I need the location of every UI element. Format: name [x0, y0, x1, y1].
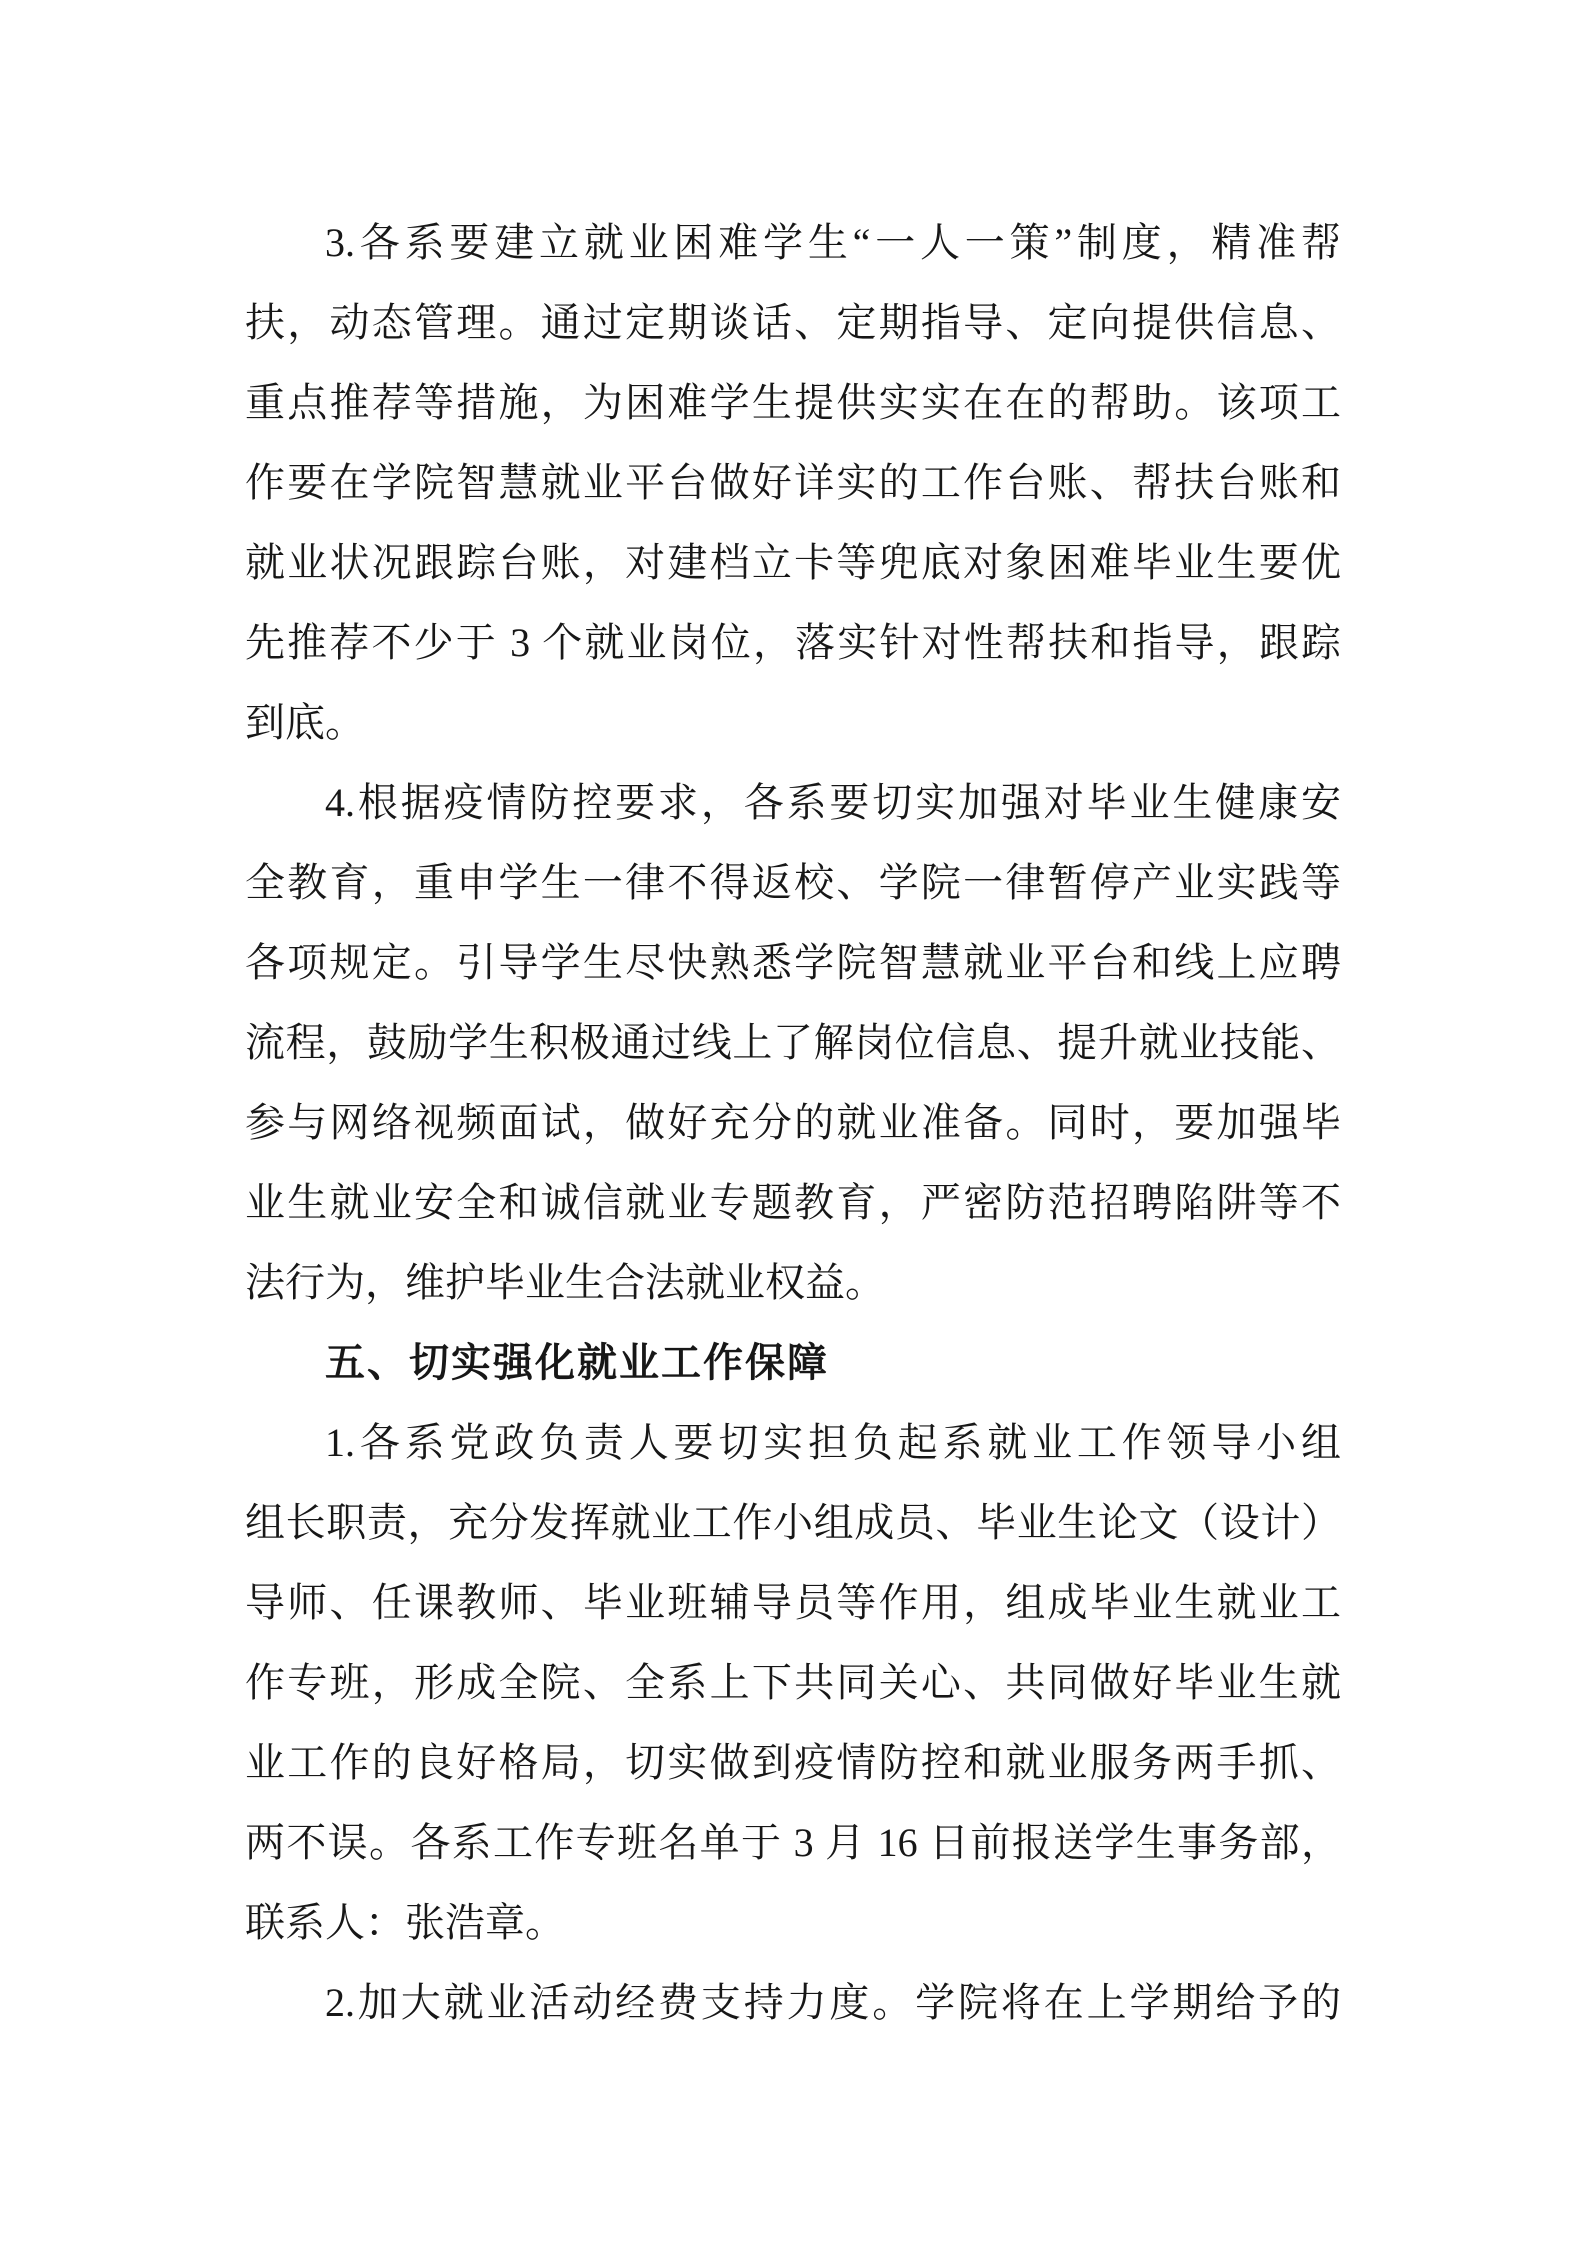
text-line: 作要在学院智慧就业平台做好详实的工作台账、帮扶台账和 — [245, 443, 1341, 523]
text-line: 流程，鼓励学生积极通过线上了解岗位信息、提升就业技能、 — [245, 1003, 1341, 1083]
document-body: 3.各系要建立就业困难学生“一人一策”制度，精准帮扶，动态管理。通过定期谈话、定… — [245, 203, 1341, 2043]
text-line: 组长职责，充分发挥就业工作小组成员、毕业生论文（设计） — [245, 1483, 1341, 1563]
text-line: 作专班，形成全院、全系上下共同关心、共同做好毕业生就 — [245, 1643, 1341, 1723]
text-line: 扶，动态管理。通过定期谈话、定期指导、定向提供信息、 — [245, 283, 1341, 363]
text-line: 业生就业安全和诚信就业专题教育，严密防范招聘陷阱等不 — [245, 1163, 1341, 1243]
text-line: 导师、任课教师、毕业班辅导员等作用，组成毕业生就业工 — [245, 1563, 1341, 1643]
text-line: 参与网络视频面试，做好充分的就业准备。同时，要加强毕 — [245, 1083, 1341, 1163]
text-line: 4.根据疫情防控要求，各系要切实加强对毕业生健康安 — [245, 763, 1341, 843]
text-line: 重点推荐等措施，为困难学生提供实实在在的帮助。该项工 — [245, 363, 1341, 443]
section-heading: 五、切实强化就业工作保障 — [245, 1323, 1341, 1403]
text-line: 法行为，维护毕业生合法就业权益。 — [245, 1243, 1341, 1323]
text-line: 3.各系要建立就业困难学生“一人一策”制度，精准帮 — [245, 203, 1341, 283]
text-line: 业工作的良好格局，切实做到疫情防控和就业服务两手抓、 — [245, 1723, 1341, 1803]
text-line: 2.加大就业活动经费支持力度。学院将在上学期给予的 — [245, 1963, 1341, 2043]
text-line: 两不误。各系工作专班名单于 3 月 16 日前报送学生事务部， — [245, 1803, 1341, 1883]
text-line: 各项规定。引导学生尽快熟悉学院智慧就业平台和线上应聘 — [245, 923, 1341, 1003]
text-line: 到底。 — [245, 683, 1341, 763]
text-line: 全教育，重申学生一律不得返校、学院一律暂停产业实践等 — [245, 843, 1341, 923]
text-line: 先推荐不少于 3 个就业岗位，落实针对性帮扶和指导，跟踪 — [245, 603, 1341, 683]
text-line: 联系人：张浩章。 — [245, 1883, 1341, 1963]
text-line: 1.各系党政负责人要切实担负起系就业工作领导小组 — [245, 1403, 1341, 1483]
text-line: 就业状况跟踪台账，对建档立卡等兜底对象困难毕业生要优 — [245, 523, 1341, 603]
document-page: 3.各系要建立就业困难学生“一人一策”制度，精准帮扶，动态管理。通过定期谈话、定… — [0, 0, 1587, 2245]
